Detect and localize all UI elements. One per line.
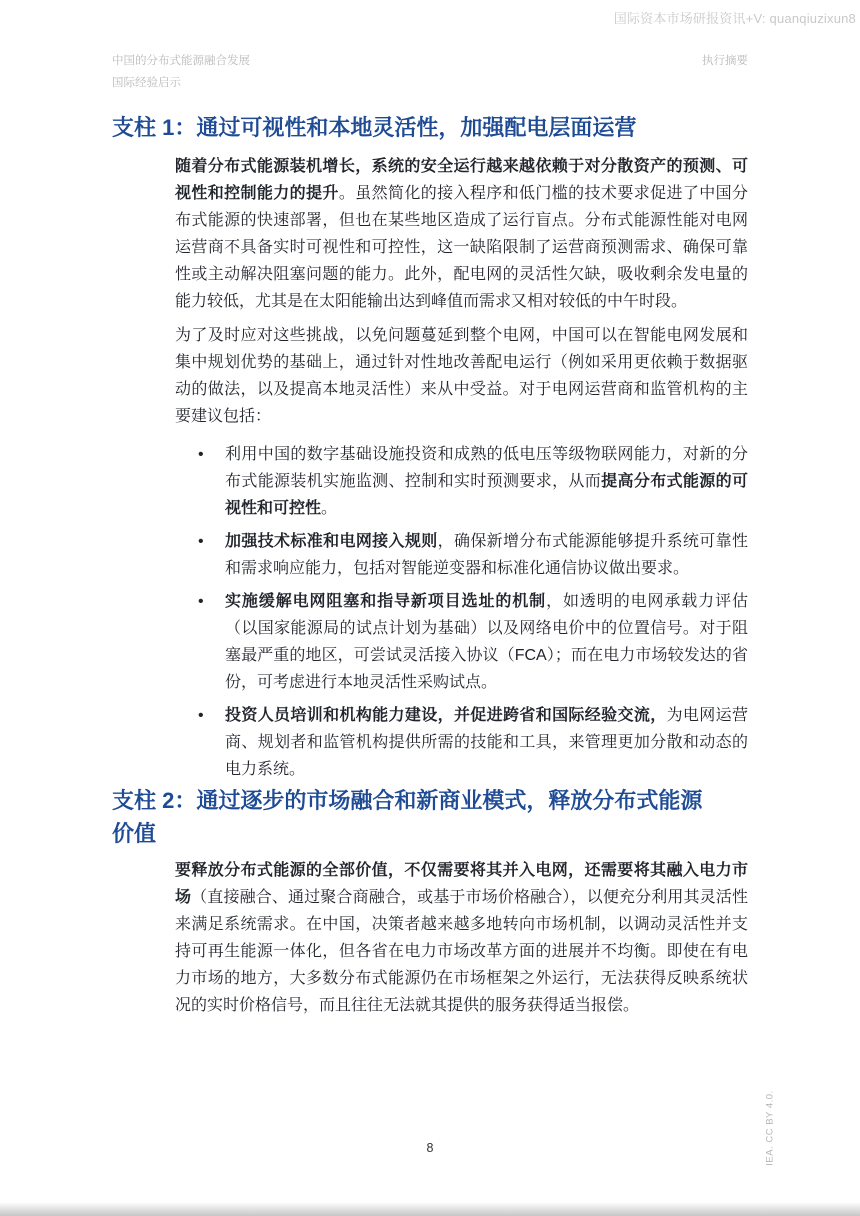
bullet-item-1: • 利用中国的数字基础设施投资和成熟的低电压等级物联网能力，对新的分布式能源装机… [175,441,748,522]
header-doc-title: 中国的分布式能源融合发展 国际经验启示 [112,50,250,94]
page-header: 中国的分布式能源融合发展 国际经验启示 执行摘要 [112,50,748,94]
section2-paragraph-1: 要释放分布式能源的全部价值，不仅需要将其并入电网，还需要将其融入电力市场（直接融… [175,857,748,1019]
bullet-dot-icon: • [198,528,204,555]
bullet-item-3: • 实施缓解电网阻塞和指导新项目选址的机制，如透明的电网承载力评估（以国家能源局… [175,588,748,696]
bullet-dot-icon: • [198,702,204,729]
bullet-dot-icon: • [198,441,204,468]
bullet-item-2: • 加强技术标准和电网接入规则，确保新增分布式能源能够提升系统可靠性和需求响应能… [175,528,748,582]
header-doc-title-line2: 国际经验启示 [112,72,250,94]
bullet-text: 实施缓解电网阻塞和指导新项目选址的机制，如透明的电网承载力评估（以国家能源局的试… [225,593,748,691]
bullet-dot-icon: • [198,588,204,615]
bullet-text: 加强技术标准和电网接入规则，确保新增分布式能源能够提升系统可靠性和需求响应能力，… [225,533,748,577]
license-note: IEA. CC BY 4.0. [765,1090,776,1165]
section2-title: 支柱 2：通过逐步的市场融合和新商业模式，释放分布式能源价值 [112,784,712,850]
bullet-text: 投资人员培训和机构能力建设，并促进跨省和国际经验交流，为电网运营商、规划者和监管… [225,707,748,778]
section1-paragraph-1: 随着分布式能源装机增长，系统的安全运行越来越依赖于对分散资产的预测、可视性和控制… [175,153,748,315]
header-section-label: 执行摘要 [702,50,748,72]
header-doc-title-line1: 中国的分布式能源融合发展 [112,50,250,72]
page-bottom-shadow [0,1202,860,1216]
page-number: 8 [0,1141,860,1155]
section1-title: 支柱 1：通过可视性和本地灵活性，加强配电层面运营 [112,111,712,144]
section1-bullet-list: • 利用中国的数字基础设施投资和成熟的低电压等级物联网能力，对新的分布式能源装机… [175,441,748,789]
bullet-item-4: • 投资人员培训和机构能力建设，并促进跨省和国际经验交流，为电网运营商、规划者和… [175,702,748,783]
document-page: 国际资本市场研报资讯+V: quanqiuzixun8 中国的分布式能源融合发展… [0,0,860,1216]
watermark-text: 国际资本市场研报资讯+V: quanqiuzixun8 [614,8,856,27]
bullet-text: 利用中国的数字基础设施投资和成熟的低电压等级物联网能力，对新的分布式能源装机实施… [225,446,748,517]
section1-paragraph-2: 为了及时应对这些挑战，以免问题蔓延到整个电网，中国可以在智能电网发展和集中规划优… [175,322,748,430]
